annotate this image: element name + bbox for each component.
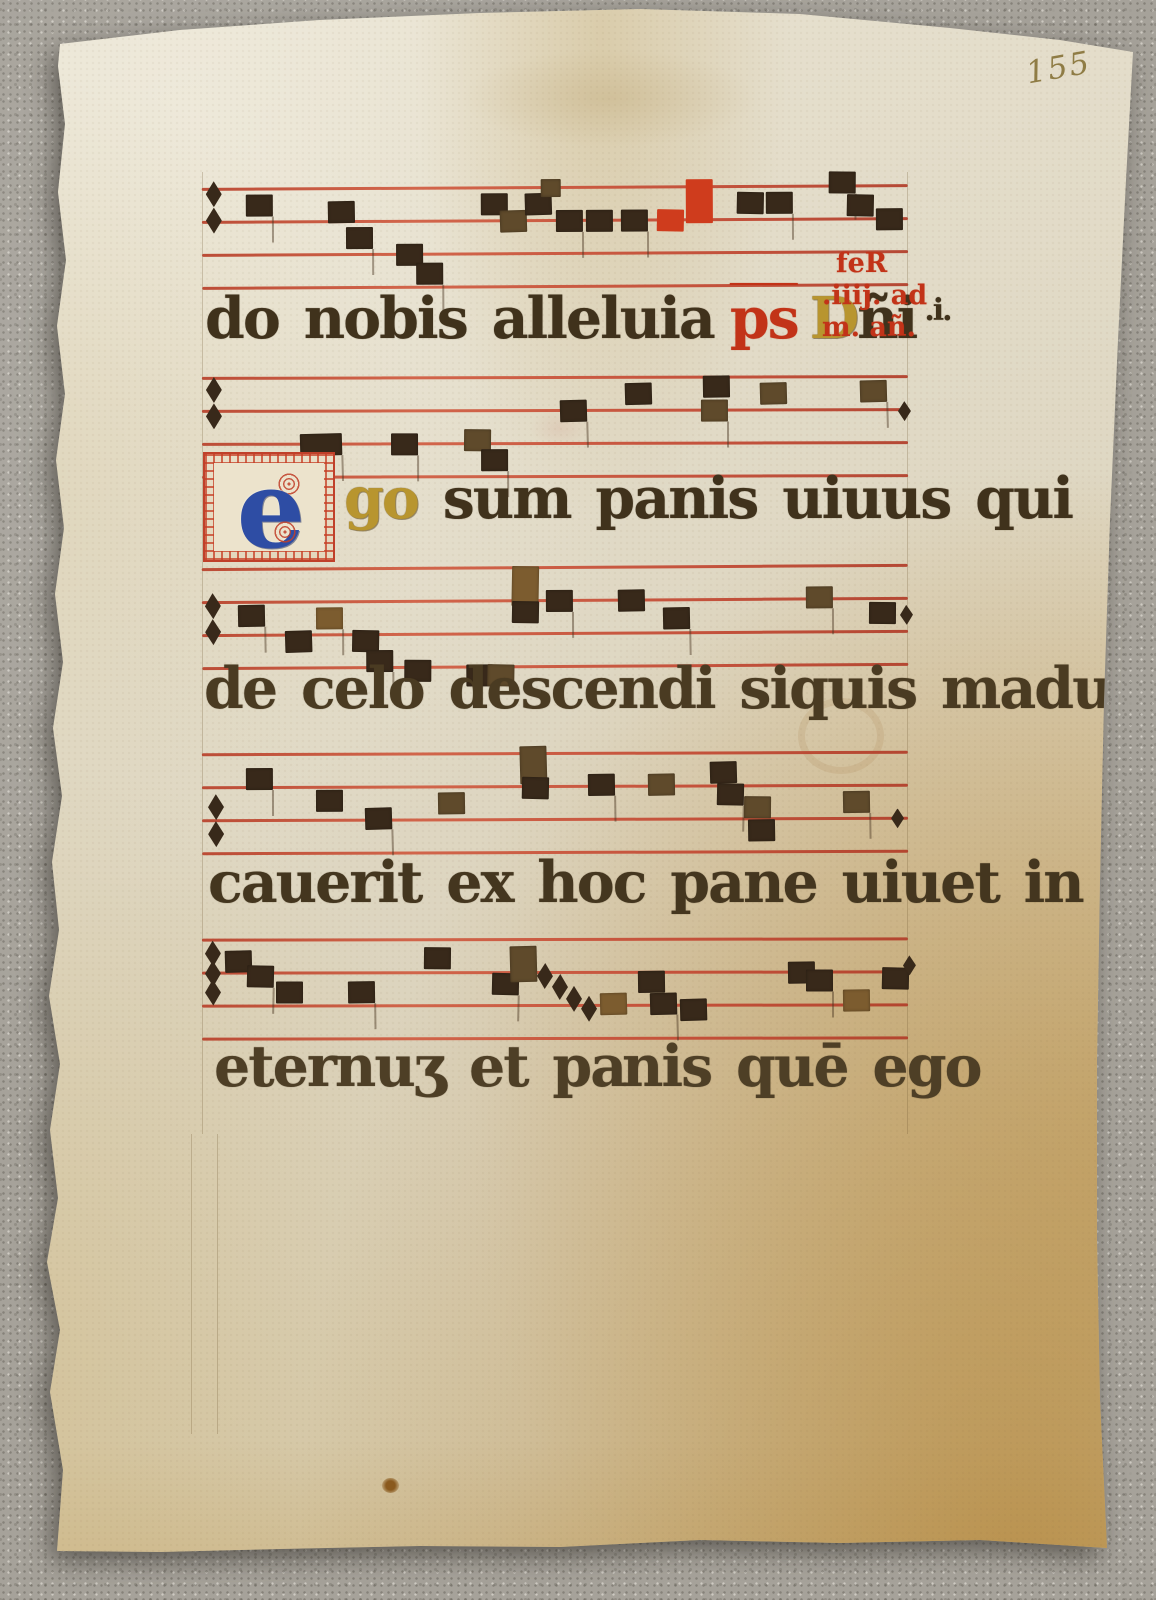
neume-note	[717, 783, 744, 806]
neume-note	[650, 992, 678, 1015]
note-stem	[614, 795, 616, 821]
neume-note	[285, 630, 313, 653]
neume-note	[621, 209, 648, 231]
diamond-neume	[566, 986, 582, 1012]
note-stem	[886, 402, 889, 428]
staff-line	[202, 375, 908, 380]
clef-diamond	[208, 821, 224, 847]
illuminated-initial-frame: e	[203, 452, 335, 562]
note-stem	[869, 813, 871, 839]
neume-note	[829, 172, 856, 194]
gold-letters: go	[344, 465, 418, 532]
neume-note	[348, 981, 375, 1003]
neume-note	[316, 607, 343, 629]
neume-note	[869, 602, 896, 624]
clef-diamond	[205, 619, 222, 645]
neume-note	[680, 999, 708, 1022]
note-stem	[727, 421, 729, 447]
stain	[460, 48, 760, 148]
diamond-neume	[552, 974, 569, 1000]
neume-note	[806, 586, 833, 608]
staff-line	[202, 250, 908, 257]
rubric-line: .iiij. ad	[822, 280, 932, 312]
neume-note	[882, 967, 909, 990]
staff-line	[202, 937, 908, 941]
staff-line	[202, 1003, 908, 1007]
illuminated-initial-penwork: e	[214, 463, 324, 551]
neume-note	[346, 227, 373, 249]
note-stem	[517, 995, 520, 1021]
neume-note	[843, 989, 870, 1011]
neume-note	[247, 965, 274, 988]
neume-note	[710, 761, 738, 784]
neume-note	[328, 200, 355, 222]
neume-note	[766, 192, 793, 214]
manuscript-leaf: 155 do nobis alleluiapsDñi.i. feR .iiij.…	[0, 0, 1156, 1600]
neume-note	[546, 589, 573, 611]
neume-note	[744, 796, 771, 818]
neume-note	[365, 807, 393, 830]
clef-diamond	[206, 208, 222, 234]
photo-scene: 155 do nobis alleluiapsDñi.i. feR .iiij.…	[0, 0, 1156, 1600]
neume-note	[541, 178, 561, 196]
rubric-block: feR .iiij. ad m. añ.	[822, 248, 932, 344]
note-stem	[372, 249, 374, 275]
neume-note	[600, 992, 628, 1015]
neume-note	[760, 382, 788, 405]
neume-note	[703, 376, 730, 398]
rubric-line: m. añ.	[822, 312, 932, 344]
clef-diamond	[205, 980, 222, 1006]
note-stem	[832, 608, 834, 634]
diamond-neume	[581, 996, 597, 1022]
neume-note	[847, 194, 874, 217]
note-stem	[647, 231, 649, 257]
neume-note	[246, 768, 273, 790]
neume-note	[843, 791, 870, 813]
neume-note	[500, 209, 528, 232]
diamond-neume	[537, 963, 554, 989]
neume-note	[509, 946, 537, 983]
neume-note	[648, 773, 675, 795]
parchment-page: 155 do nobis alleluiapsDñi.i. feR .iiij.…	[0, 0, 1156, 1600]
note-stem	[572, 611, 574, 637]
neume-note	[701, 399, 728, 421]
chant-words: sum panis uiuus qui	[418, 465, 1072, 532]
neume-note	[276, 982, 303, 1004]
clef-diamond	[206, 403, 222, 429]
neume-note	[416, 263, 443, 285]
note-stem	[586, 421, 589, 447]
neume-note	[876, 208, 903, 230]
chant-text-line-5-left: eternuʒ et pa	[214, 1034, 625, 1100]
note-stem	[342, 629, 344, 655]
neume-note	[860, 380, 888, 403]
chant-text-line-5-right: nis quē ego	[622, 1034, 981, 1100]
neume-note	[522, 777, 549, 800]
note-stem	[272, 216, 274, 242]
neume-note	[806, 969, 833, 991]
neume-note	[618, 589, 645, 611]
clef-diamond	[206, 377, 222, 403]
neume-note	[588, 773, 615, 795]
neume-note	[586, 209, 613, 231]
neume-note	[560, 399, 588, 422]
chant-text-line-3: de celo descendi siquis madu	[204, 656, 1112, 722]
clef-diamond	[205, 593, 222, 619]
staff-line	[202, 784, 908, 789]
neume-note	[438, 792, 465, 814]
note-stem	[832, 991, 834, 1017]
neume-note	[686, 180, 713, 224]
note-stem	[272, 790, 274, 816]
neume-note	[391, 433, 418, 455]
chant-text-line-2: go sum panis uiuus qui	[344, 466, 1072, 532]
neume-note	[657, 209, 684, 232]
neume-note	[238, 604, 265, 626]
rubric-ps-abbreviation: ps	[730, 285, 798, 352]
ruling-guide	[217, 1134, 218, 1434]
ruling-guide	[191, 1134, 192, 1434]
rubric-line: feR	[822, 248, 932, 280]
illuminated-initial-E: e	[216, 463, 324, 551]
neume-note	[638, 971, 665, 993]
neume-note	[464, 429, 491, 451]
neume-note	[663, 607, 690, 629]
note-stem	[792, 214, 794, 240]
custos-diamond	[891, 808, 904, 828]
staff-line	[202, 817, 908, 822]
staff-5	[202, 937, 908, 1041]
neume-note	[737, 192, 764, 215]
neume-note	[396, 243, 423, 265]
neume-note	[556, 209, 583, 231]
neume-note	[316, 789, 343, 811]
note-stem	[272, 988, 275, 1014]
neume-note	[512, 601, 539, 623]
clef-diamond	[208, 794, 224, 820]
stain	[382, 1478, 399, 1493]
neume-note	[625, 382, 653, 405]
neume-note	[424, 947, 451, 969]
note-stem	[582, 231, 584, 257]
note-stem	[374, 1003, 376, 1029]
staff-1	[202, 184, 909, 291]
staff-4	[202, 751, 908, 856]
staff-line	[202, 408, 908, 413]
chant-words: do nobis alleluia	[205, 285, 714, 352]
chant-text-line-4: cauerit ex hoc pane uiuet in	[208, 850, 1083, 916]
note-stem	[264, 626, 266, 652]
neume-note	[748, 819, 775, 841]
neume-note	[246, 194, 273, 216]
